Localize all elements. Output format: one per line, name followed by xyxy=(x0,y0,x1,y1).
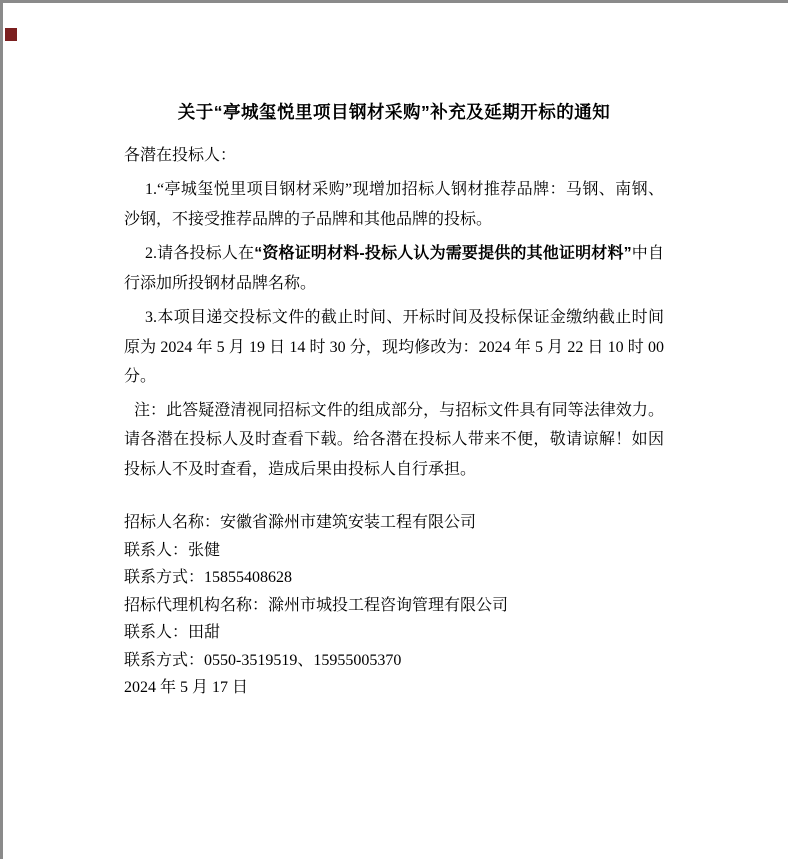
note-paragraph: 注：此答疑澄清视同招标文件的组成部分，与招标文件具有同等法律效力。请各潜在投标人… xyxy=(124,396,664,485)
paragraph-2-bold-segment: “资格证明材料-投标人认为需要提供的其他证明材料” xyxy=(254,245,631,262)
tenderer-contact-phone: 联系方式：15855408628 xyxy=(124,564,664,592)
paragraph-3-deadline-change: 3.本项目递交投标文件的截止时间、开标时间及投标保证金缴纳截止时间原为 2024… xyxy=(124,303,664,392)
paragraph-2-qualification-material: 2.请各投标人在“资格证明材料-投标人认为需要提供的其他证明材料”中自行添加所投… xyxy=(124,239,664,298)
notice-document: 关于“亭城玺悦里项目钢材采购”补充及延期开标的通知 各潜在投标人： 1.“亭城玺… xyxy=(124,0,664,702)
tenderer-contact-person: 联系人：张健 xyxy=(124,537,664,565)
document-title: 关于“亭城玺悦里项目钢材采购”补充及延期开标的通知 xyxy=(124,100,664,124)
contact-block: 招标人名称：安徽省滁州市建筑安装工程有限公司 联系人：张健 联系方式：15855… xyxy=(124,509,664,702)
window-border-left xyxy=(0,0,3,859)
page-corner-marker xyxy=(5,28,17,41)
agency-name-line: 招标代理机构名称：滁州市城投工程咨询管理有限公司 xyxy=(124,592,664,620)
agency-contact-person: 联系人：田甜 xyxy=(124,619,664,647)
paragraph-2-prefix: 2.请各投标人在 xyxy=(145,245,254,262)
notice-date-line: 2024 年 5 月 17 日 xyxy=(124,674,664,702)
salutation-line: 各潜在投标人： xyxy=(124,142,664,170)
tenderer-name-line: 招标人名称：安徽省滁州市建筑安装工程有限公司 xyxy=(124,509,664,537)
paragraph-1-brand-supplement: 1.“亭城玺悦里项目钢材采购”现增加招标人钢材推荐品牌：马钢、南钢、沙钢，不接受… xyxy=(124,175,664,234)
agency-contact-phone: 联系方式：0550-3519519、15955005370 xyxy=(124,647,664,675)
